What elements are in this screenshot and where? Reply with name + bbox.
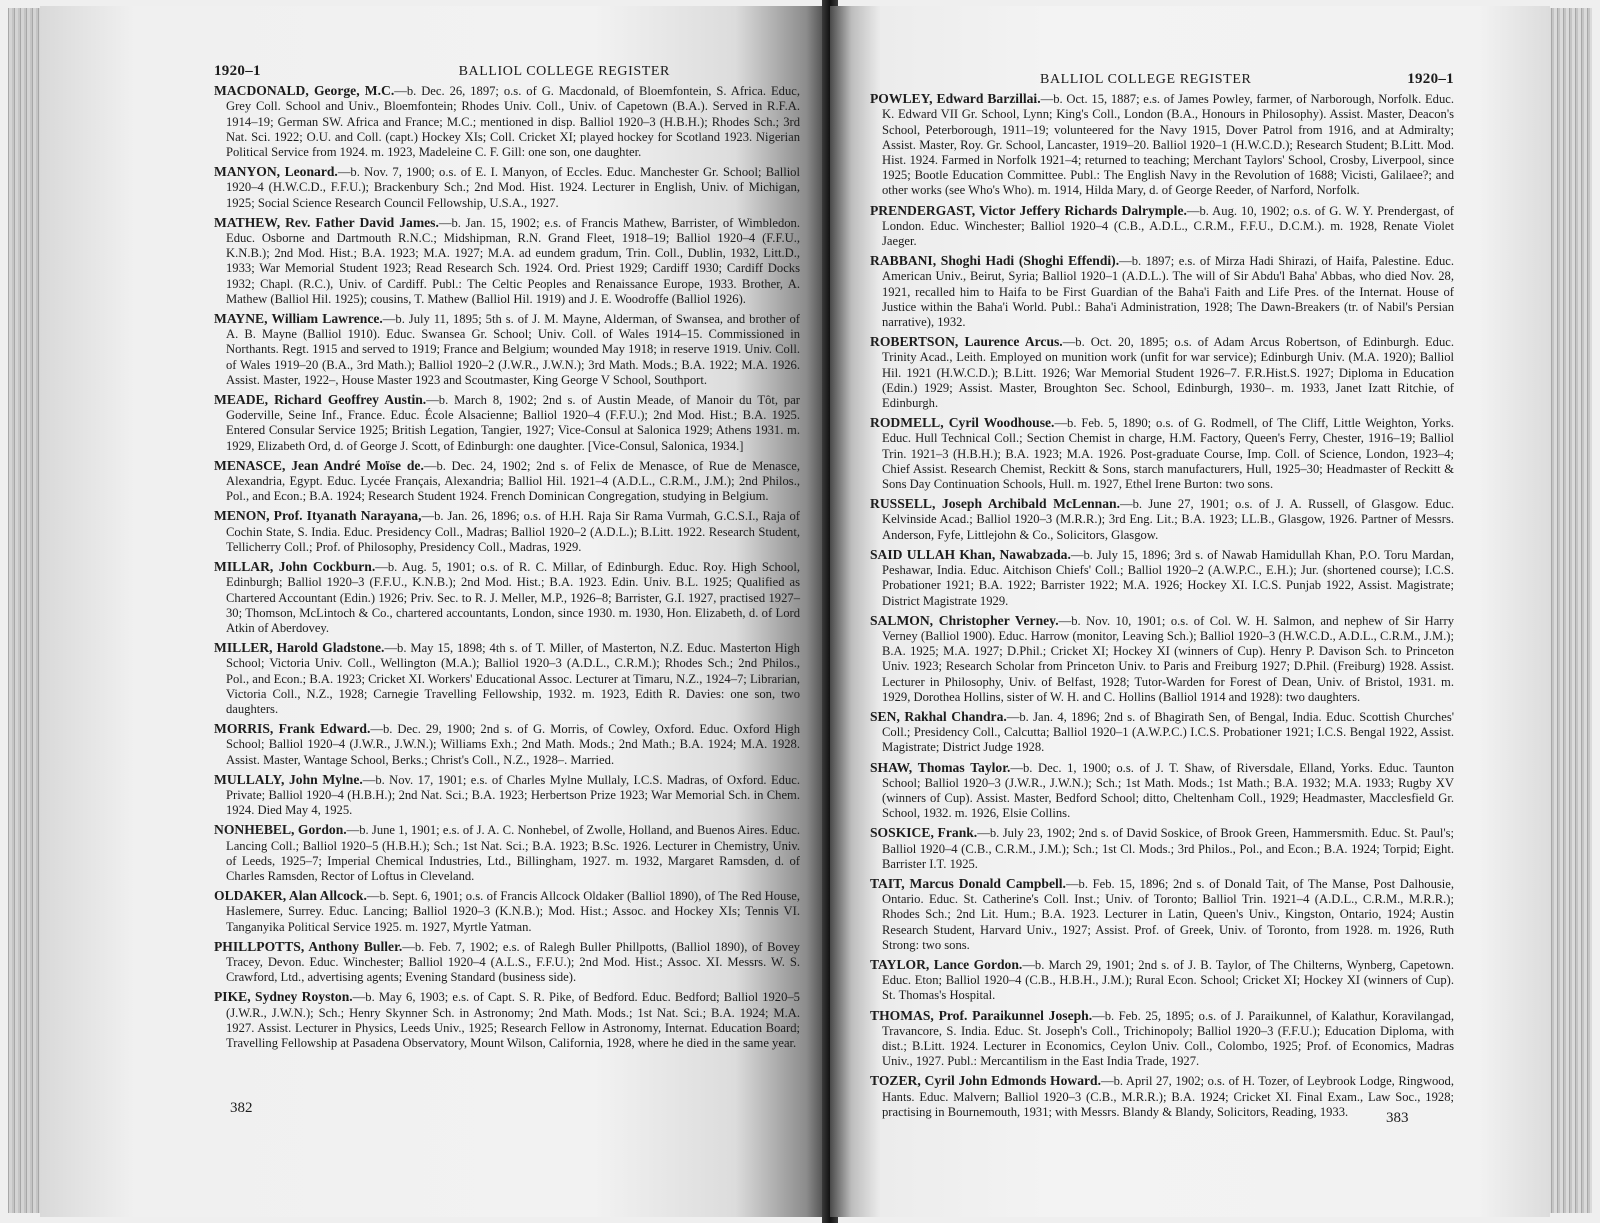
register-entry: PHILLPOTTS, Anthony Buller.—b. Feb. 7, 1… bbox=[214, 939, 800, 986]
header-year: 1920–1 bbox=[1407, 72, 1454, 87]
entry-text: —b. Oct. 15, 1887; e.s. of James Powley,… bbox=[882, 92, 1454, 197]
entry-name: TAIT, Marcus Donald Campbell. bbox=[870, 876, 1066, 891]
right-page-text: BALLIOL COLLEGE REGISTER 1920–1 POWLEY, … bbox=[870, 72, 1454, 1124]
entry-name: MILLER, Harold Gladstone. bbox=[214, 640, 384, 655]
register-entry: POWLEY, Edward Barzillai.—b. Oct. 15, 18… bbox=[870, 91, 1454, 198]
running-head-right: BALLIOL COLLEGE REGISTER 1920–1 bbox=[870, 72, 1454, 87]
entry-name: MILLAR, John Cockburn. bbox=[214, 559, 375, 574]
entry-name: SAID ULLAH Khan, Nawabzada. bbox=[870, 547, 1071, 562]
entry-name: NONHEBEL, Gordon. bbox=[214, 822, 347, 837]
entry-list: POWLEY, Edward Barzillai.—b. Oct. 15, 18… bbox=[870, 91, 1454, 1120]
entry-name: SHAW, Thomas Taylor. bbox=[870, 760, 1010, 775]
register-entry: SOSKICE, Frank.—b. July 23, 1902; 2nd s.… bbox=[870, 825, 1454, 872]
register-entry: SEN, Rakhal Chandra.—b. Jan. 4, 1896; 2n… bbox=[870, 709, 1454, 756]
register-entry: NONHEBEL, Gordon.—b. June 1, 1901; e.s. … bbox=[214, 822, 800, 884]
register-entry: RUSSELL, Joseph Archibald McLennan.—b. J… bbox=[870, 496, 1454, 543]
register-entry: ROBERTSON, Laurence Arcus.—b. Oct. 20, 1… bbox=[870, 334, 1454, 411]
entry-name: MATHEW, Rev. Father David James. bbox=[214, 215, 439, 230]
entry-name: POWLEY, Edward Barzillai. bbox=[870, 91, 1041, 106]
right-page: BALLIOL COLLEGE REGISTER 1920–1 POWLEY, … bbox=[830, 6, 1550, 1217]
entry-name: PHILLPOTTS, Anthony Buller. bbox=[214, 939, 402, 954]
register-entry: MULLALY, John Mylne.—b. Nov. 17, 1901; e… bbox=[214, 772, 800, 819]
register-entry: MACDONALD, George, M.C.—b. Dec. 26, 1897… bbox=[214, 83, 800, 160]
register-entry: RODMELL, Cyril Woodhouse.—b. Feb. 5, 189… bbox=[870, 415, 1454, 492]
register-entry: THOMAS, Prof. Paraikunnel Joseph.—b. Feb… bbox=[870, 1008, 1454, 1070]
register-entry: SALMON, Christopher Verney.—b. Nov. 10, … bbox=[870, 613, 1454, 705]
header-title: BALLIOL COLLEGE REGISTER bbox=[459, 64, 670, 79]
register-entry: RABBANI, Shoghi Hadi (Shoghi Effendi).—b… bbox=[870, 253, 1454, 330]
entry-name: PIKE, Sydney Royston. bbox=[214, 989, 353, 1004]
register-entry: MILLAR, John Cockburn.—b. Aug. 5, 1901; … bbox=[214, 559, 800, 636]
entry-name: MAYNE, William Lawrence. bbox=[214, 311, 383, 326]
entry-name: RODMELL, Cyril Woodhouse. bbox=[870, 415, 1054, 430]
entry-name: MENASCE, Jean André Moïse de. bbox=[214, 458, 424, 473]
register-entry: TAYLOR, Lance Gordon.—b. March 29, 1901;… bbox=[870, 957, 1454, 1004]
book-spread: 1920–1 BALLIOL COLLEGE REGISTER MACDONAL… bbox=[0, 0, 1600, 1223]
entry-name: TAYLOR, Lance Gordon. bbox=[870, 957, 1022, 972]
register-entry: MANYON, Leonard.—b. Nov. 7, 1900; o.s. o… bbox=[214, 164, 800, 211]
entry-name: SOSKICE, Frank. bbox=[870, 825, 977, 840]
entry-name: MULLALY, John Mylne. bbox=[214, 772, 363, 787]
register-entry: MORRIS, Frank Edward.—b. Dec. 29, 1900; … bbox=[214, 721, 800, 768]
entry-name: SALMON, Christopher Verney. bbox=[870, 613, 1059, 628]
register-entry: PRENDERGAST, Victor Jeffery Richards Dal… bbox=[870, 203, 1454, 250]
left-page: 1920–1 BALLIOL COLLEGE REGISTER MACDONAL… bbox=[40, 6, 830, 1217]
page-number: 382 bbox=[230, 1100, 253, 1117]
entry-name: MEADE, Richard Geoffrey Austin. bbox=[214, 392, 426, 407]
entry-name: TOZER, Cyril John Edmonds Howard. bbox=[870, 1073, 1101, 1088]
register-entry: TAIT, Marcus Donald Campbell.—b. Feb. 15… bbox=[870, 876, 1454, 953]
entry-name: RABBANI, Shoghi Hadi (Shoghi Effendi). bbox=[870, 253, 1119, 268]
entry-name: THOMAS, Prof. Paraikunnel Joseph. bbox=[870, 1008, 1092, 1023]
register-entry: SAID ULLAH Khan, Nawabzada.—b. July 15, … bbox=[870, 547, 1454, 609]
register-entry: MENON, Prof. Ityanath Narayana,—b. Jan. … bbox=[214, 508, 800, 555]
register-entry: SHAW, Thomas Taylor.—b. Dec. 1, 1900; o.… bbox=[870, 760, 1454, 822]
register-entry: MEADE, Richard Geoffrey Austin.—b. March… bbox=[214, 392, 800, 454]
entry-name: RUSSELL, Joseph Archibald McLennan. bbox=[870, 496, 1120, 511]
page-number: 383 bbox=[1386, 1110, 1409, 1127]
left-page-text: 1920–1 BALLIOL COLLEGE REGISTER MACDONAL… bbox=[214, 64, 800, 1055]
register-entry: MILLER, Harold Gladstone.—b. May 15, 189… bbox=[214, 640, 800, 717]
register-entry: OLDAKER, Alan Allcock.—b. Sept. 6, 1901;… bbox=[214, 888, 800, 935]
entry-name: MANYON, Leonard. bbox=[214, 164, 338, 179]
register-entry: MENASCE, Jean André Moïse de.—b. Dec. 24… bbox=[214, 458, 800, 505]
register-entry: PIKE, Sydney Royston.—b. May 6, 1903; e.… bbox=[214, 989, 800, 1051]
header-title: BALLIOL COLLEGE REGISTER bbox=[1040, 72, 1251, 87]
running-head-left: 1920–1 BALLIOL COLLEGE REGISTER bbox=[214, 64, 800, 79]
register-entry: TOZER, Cyril John Edmonds Howard.—b. Apr… bbox=[870, 1073, 1454, 1120]
register-entry: MAYNE, William Lawrence.—b. July 11, 189… bbox=[214, 311, 800, 388]
entry-name: ROBERTSON, Laurence Arcus. bbox=[870, 334, 1063, 349]
entry-list: MACDONALD, George, M.C.—b. Dec. 26, 1897… bbox=[214, 83, 800, 1051]
entry-name: PRENDERGAST, Victor Jeffery Richards Dal… bbox=[870, 203, 1187, 218]
header-year: 1920–1 bbox=[214, 64, 261, 79]
entry-name: MORRIS, Frank Edward. bbox=[214, 721, 370, 736]
entry-name: MACDONALD, George, M.C. bbox=[214, 83, 394, 98]
entry-name: SEN, Rakhal Chandra. bbox=[870, 709, 1007, 724]
register-entry: MATHEW, Rev. Father David James.—b. Jan.… bbox=[214, 215, 800, 307]
entry-name: OLDAKER, Alan Allcock. bbox=[214, 888, 367, 903]
entry-name: MENON, Prof. Ityanath Narayana, bbox=[214, 508, 422, 523]
